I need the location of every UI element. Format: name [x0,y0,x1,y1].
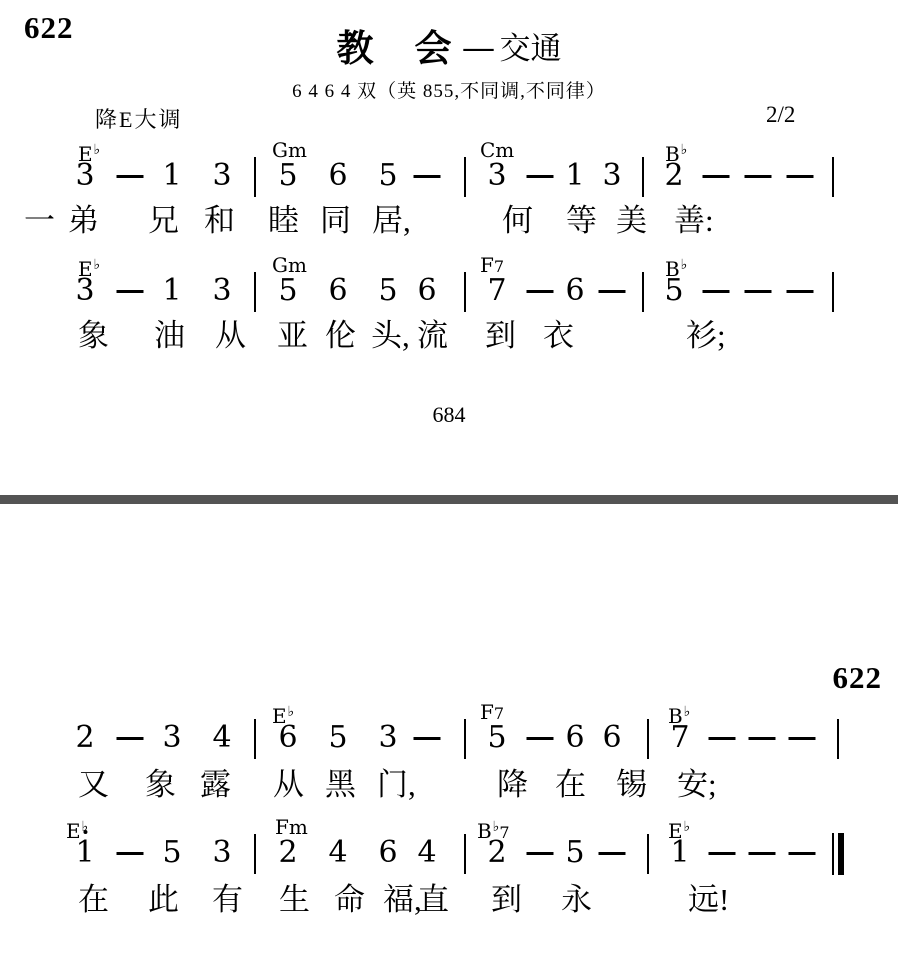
lyric-syllable: 福, [383,882,422,918]
lyric-syllable: 此 [148,882,179,918]
note: 6 [565,273,584,309]
lyric-syllable: 衣 [543,318,574,354]
flat-sign: ♭ [681,257,688,273]
note: 5 [378,273,397,309]
hymn-category: 交通 [500,31,562,66]
note: 3 [212,158,231,194]
lyric-syllable: 在 [78,882,109,918]
dash-note [703,290,730,293]
chord-label: Gm [272,139,307,161]
note: 6 [417,273,436,309]
barline [832,157,834,197]
seventh: 7 [494,257,504,276]
music-line: E♭GmCmB♭3135653132一弟兄和睦同居,何等美善: [0,0,898,959]
lyric-syllable: 安; [677,767,717,803]
lyric-syllable: 锡 [616,767,647,803]
note: 5 [565,835,584,871]
lyric-syllable: 从 [215,318,246,354]
hymn-title-row: 教 会—交通 [0,18,898,72]
flat-sign: ♭ [681,142,688,158]
dash-note [414,175,441,178]
barline [642,157,644,197]
note: 3 [212,273,231,309]
dash-note [599,290,626,293]
lyric-syllable: 等 [566,203,597,239]
dash-note [789,852,816,855]
dash-note [709,852,736,855]
dash-note [787,290,814,293]
chord-label: F7 [480,254,504,278]
note: 7 [487,273,506,309]
lyric-syllable: 直 [418,882,449,918]
chord-label: E♭ [668,816,690,842]
lyric-syllable: 在 [555,767,586,803]
lyric-syllable: 衫; [686,318,726,354]
note: 1 [75,835,94,871]
note: 6 [328,273,347,309]
lyric-syllable: 到 [485,318,516,354]
lyric-syllable: 油 [154,318,185,354]
hymn-title: 教 会 [337,29,454,70]
note: 5 [378,158,397,194]
chord-label: B♭ [665,254,687,280]
lyric-syllable: 象 [78,318,109,354]
dash-note [709,737,736,740]
lyric-syllable: 露 [200,767,231,803]
dash-note [599,852,626,855]
lyric-syllable: 到 [491,882,522,918]
lyric-syllable: 和 [204,203,235,239]
lyric-syllable: 远! [688,882,729,918]
lyric-syllable: 亚 [277,318,308,354]
hymn-number-2: 622 [833,660,883,696]
barline [254,719,256,759]
note: 6 [602,720,621,756]
note: 5 [278,158,297,194]
chord-label: B♭ [668,701,690,727]
flat-sign: ♭ [94,257,101,273]
dash-note [703,175,730,178]
lyric-syllable: 从 [273,767,304,803]
hymn-page: 622 教 会—交通 6 4 6 4 双（英 855,不同调,不同律） 降E大调… [0,0,898,959]
page-number: 684 [0,402,898,428]
note: 3 [162,720,181,756]
flat-sign: ♭ [684,704,691,720]
dash-note [749,852,776,855]
title-separator: — [464,31,494,64]
note: 4 [328,835,347,871]
barline [254,834,256,874]
lyric-syllable: 何 [502,203,533,239]
dash-note [745,290,772,293]
lyric-syllable: 有 [212,882,243,918]
note: 3 [75,158,94,194]
lyric-syllable: 同 [320,203,351,239]
lyric-syllable: 一 [24,203,55,239]
chord-label: E♭ [272,701,294,727]
lyric-syllable: 门, [377,767,416,803]
note: 2 [278,835,297,871]
barline [464,834,466,874]
lyric-syllable: 美 [616,203,647,239]
lyric-syllable: 永 [561,882,592,918]
note: 7 [670,720,689,756]
meter-info: 6 4 6 4 双（英 855,不同调,不同律） [0,76,898,103]
lyric-syllable: 降 [497,767,528,803]
barline [464,719,466,759]
dash-note [745,175,772,178]
music-line: E♭FmB♭7E♭1532464251在此有生命福,直到永远! [0,0,898,959]
chord-label: E♭ [66,816,88,842]
lyric-syllable: 命 [334,882,365,918]
chord-label: Gm [272,254,307,276]
note: 6 [278,720,297,756]
chord-label: F7 [480,701,504,725]
note: 4 [212,720,231,756]
music-line: E♭F7B♭2346535667又象露从黑门,降在锡安; [0,0,898,959]
note: 5 [278,273,297,309]
music-line: E♭GmF7B♭3135656765象油从亚伦头,流到衣衫; [0,0,898,959]
dash-note [789,737,816,740]
note: 5 [664,273,683,309]
final-bar-thin [832,833,834,875]
note: 2 [664,158,683,194]
lyric-syllable: 又 [78,767,109,803]
barline [464,272,466,312]
dash-note [787,175,814,178]
barline [464,157,466,197]
seventh: 7 [499,823,509,842]
flat-sign: ♭ [94,142,101,158]
note: 3 [602,158,621,194]
octave-dot [83,830,87,834]
section-divider [0,495,898,504]
lyric-syllable: 睦 [268,203,299,239]
lyric-syllable: 头, [371,318,410,354]
barline [832,272,834,312]
note: 5 [328,720,347,756]
note: 4 [417,835,436,871]
time-signature: 2/2 [766,102,795,128]
final-bar-thick [838,833,844,875]
dash-note [117,852,144,855]
note: 6 [565,720,584,756]
note: 5 [487,720,506,756]
note: 3 [75,273,94,309]
note: 2 [75,720,94,756]
barline [837,719,839,759]
barline [642,272,644,312]
lyric-syllable: 弟 [68,203,99,239]
note: 2 [487,835,506,871]
chord-label: E♭ [78,254,100,280]
note: 5 [162,835,181,871]
barline [254,157,256,197]
barline [647,719,649,759]
dash-note [414,737,441,740]
flat-sign: ♭ [82,819,89,835]
note: 3 [378,720,397,756]
note: 3 [487,158,506,194]
flat-sign: ♭ [288,704,295,720]
barline [647,834,649,874]
lyric-syllable: 兄 [148,203,179,239]
note: 6 [328,158,347,194]
dash-note [527,852,554,855]
note: 1 [162,273,181,309]
lyric-syllable: 生 [279,882,310,918]
dash-note [117,175,144,178]
dash-note [527,290,554,293]
lyric-syllable: 象 [145,767,176,803]
dash-note [117,290,144,293]
note: 3 [212,835,231,871]
lyric-syllable: 流 [417,318,448,354]
note: 1 [670,835,689,871]
chord-label: B♭7 [477,816,510,844]
lyric-syllable: 伦 [325,318,356,354]
key-signature: 降E大调 [95,103,182,134]
chord-label: E♭ [78,139,100,165]
barline [254,272,256,312]
chord-label: B♭ [665,139,687,165]
lyric-syllable: 居, [372,203,411,239]
lyric-syllable: 黑 [325,767,356,803]
dash-note [117,737,144,740]
dash-note [749,737,776,740]
lyric-syllable: 善: [674,203,714,239]
chord-label: Fm [275,816,308,838]
chord-label: Cm [480,139,514,161]
note: 6 [378,835,397,871]
seventh: 7 [494,704,504,723]
note: 1 [162,158,181,194]
flat-sign: ♭ [493,819,500,835]
flat-sign: ♭ [684,819,691,835]
dash-note [527,737,554,740]
dash-note [527,175,554,178]
note: 1 [565,158,584,194]
